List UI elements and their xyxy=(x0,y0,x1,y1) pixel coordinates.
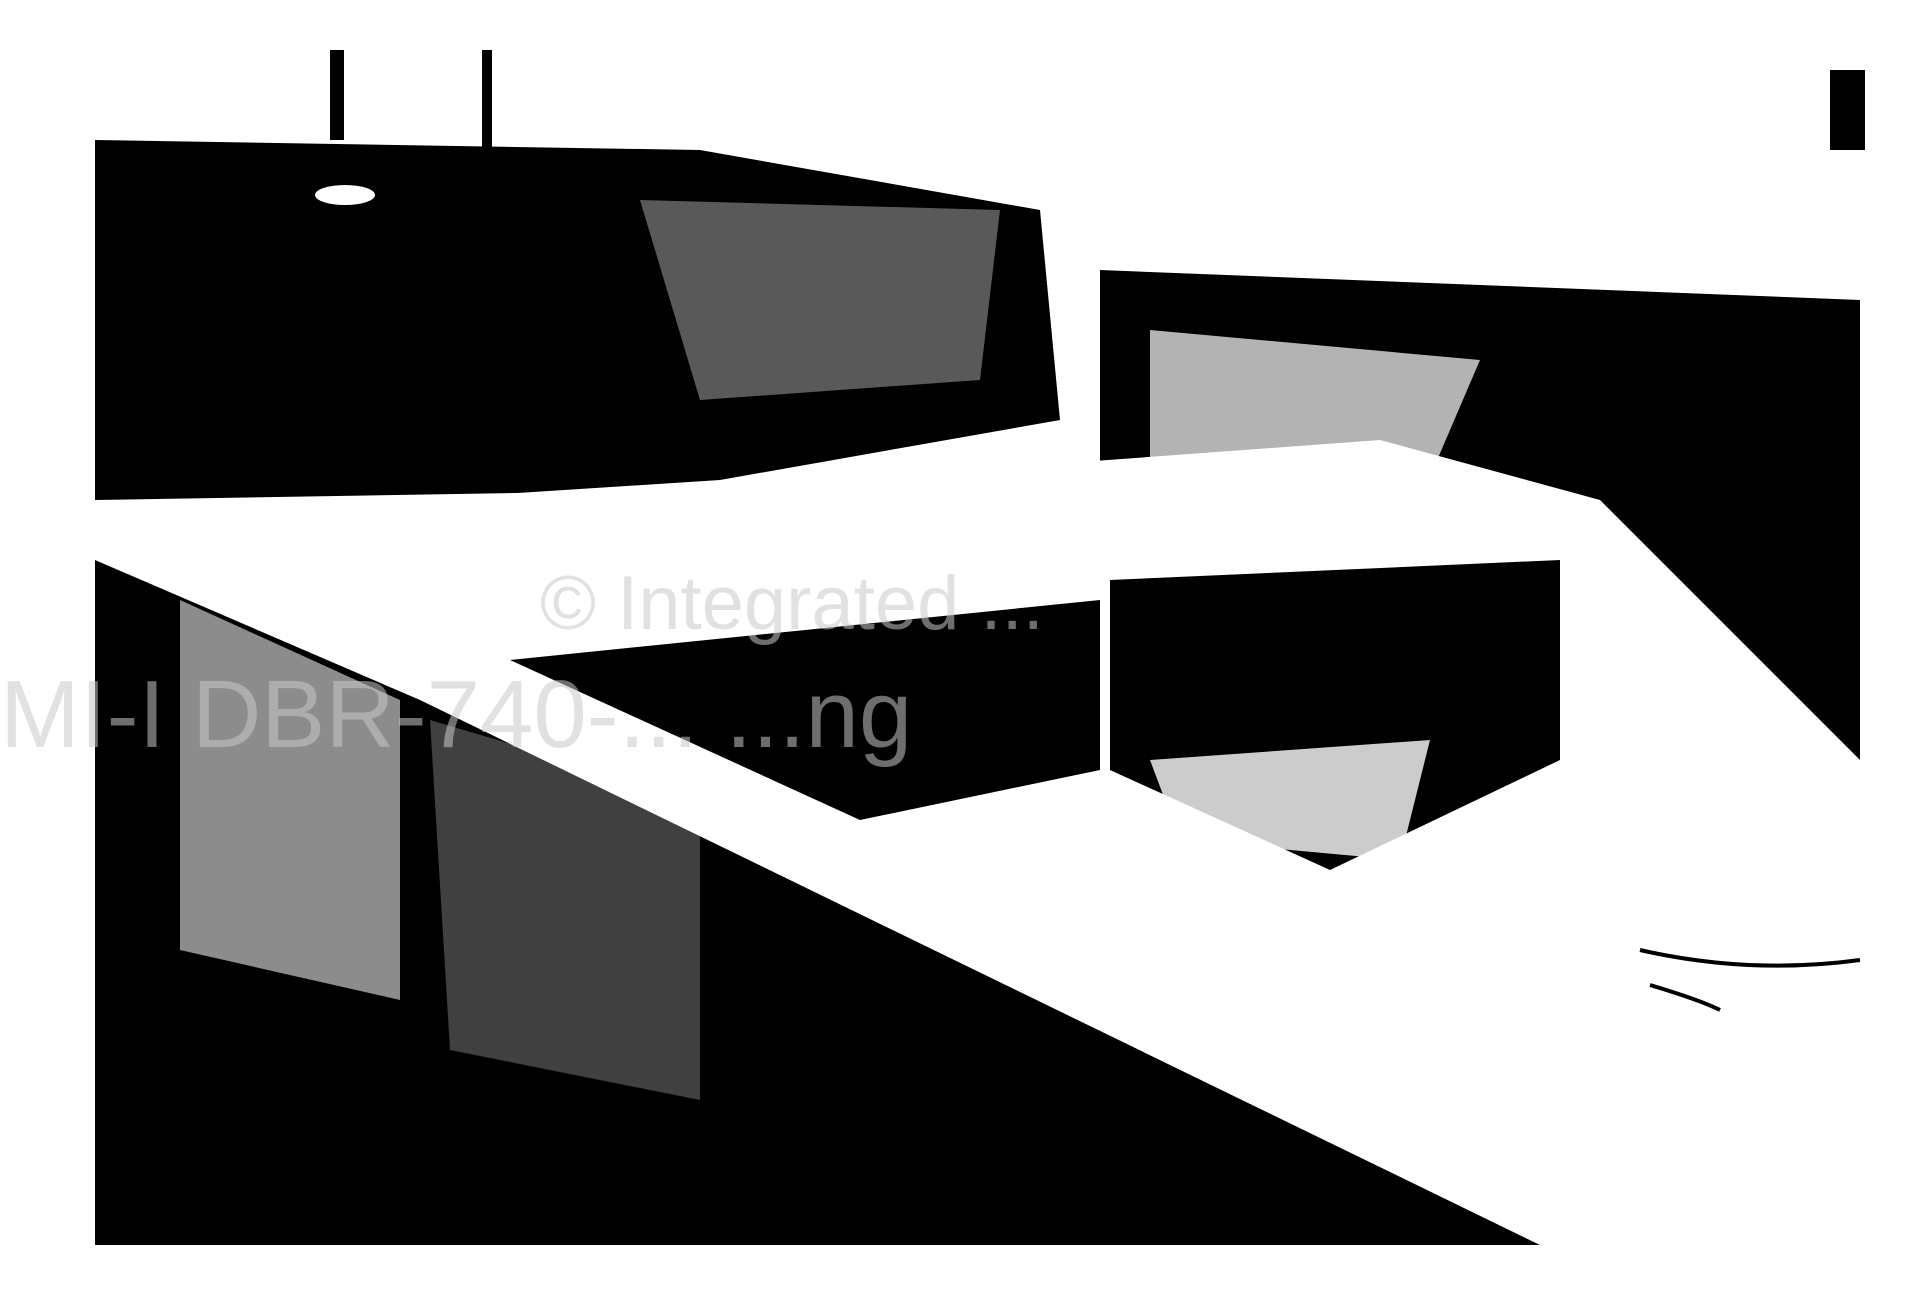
faucet-pipe xyxy=(482,50,492,470)
faucet-left xyxy=(330,50,344,140)
lab-bench-photo xyxy=(0,0,1927,1316)
